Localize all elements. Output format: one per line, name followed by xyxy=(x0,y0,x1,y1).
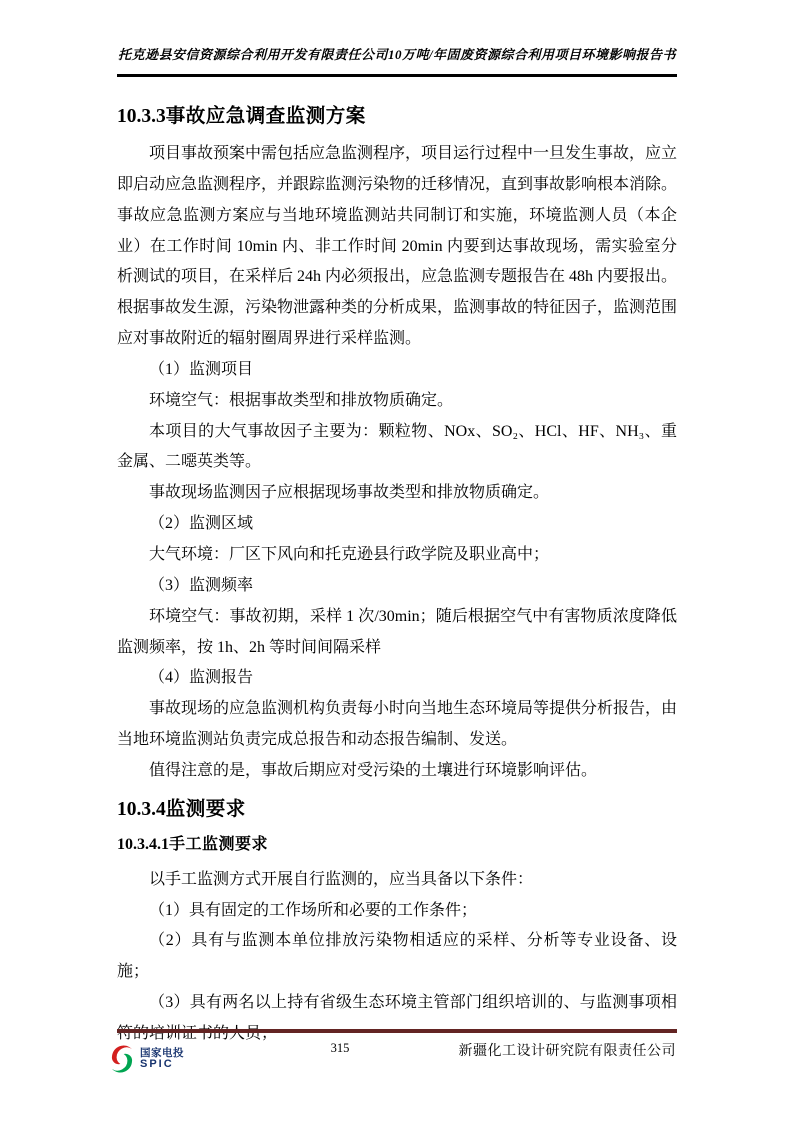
footer-rule xyxy=(117,1029,677,1033)
paragraph: 项目事故预案中需包括应急监测程序，项目运行过程中一旦发生事故，应立即启动应急监测… xyxy=(117,139,677,355)
subsection-number: 10.3.4.1 xyxy=(117,836,169,853)
list-item-2-condition: （2）具有与监测本单位排放污染物相适应的采样、分析等专业设备、设施； xyxy=(117,926,677,988)
footer-company-name: 新疆化工设计研究院有限责任公司 xyxy=(459,1040,677,1060)
section-number: 10.3.3 xyxy=(117,106,166,127)
spic-logo-text: 国家电投 SPIC xyxy=(140,1048,184,1071)
list-item-1-monitoring-items: （1）监测项目 xyxy=(117,355,677,386)
paragraph: 环境空气：根据事故类型和排放物质确定。 xyxy=(117,386,677,417)
logo-text-en: SPIC xyxy=(140,1059,184,1071)
paragraph: 以手工监测方式开展自行监测的，应当具备以下条件： xyxy=(117,865,677,896)
section-heading-10-3-3: 10.3.3事故应急调查监测方案 xyxy=(117,103,677,130)
list-item-2-monitoring-area: （2）监测区域 xyxy=(117,509,677,540)
list-item-3-monitoring-frequency: （3）监测频率 xyxy=(117,571,677,602)
section-heading-10-3-4: 10.3.4监测要求 xyxy=(117,796,677,823)
paragraph: 事故现场的应急监测机构负责每小时向当地生态环境局等提供分析报告，由当地环境监测站… xyxy=(117,694,677,756)
list-item-1-condition: （1）具有固定的工作场所和必要的工作条件； xyxy=(117,896,677,927)
section-title: 监测要求 xyxy=(166,798,246,820)
paragraph: 大气环境：厂区下风向和托克逊县行政学院及职业高中； xyxy=(117,540,677,571)
subsection-heading-10-3-4-1: 10.3.4.1手工监测要求 xyxy=(117,833,677,857)
paragraph: 本项目的大气事故因子主要为：颗粒物、NOx、SO₂、HCl、HF、NH₃、重金属… xyxy=(117,417,677,479)
section-number: 10.3.4 xyxy=(117,799,166,820)
document-page: 托克逊县安信资源综合利用开发有限责任公司10万吨/年固废资源综合利用项目环境影响… xyxy=(0,0,793,1122)
header-title: 托克逊县安信资源综合利用开发有限责任公司10万吨/年固废资源综合利用项目环境影响… xyxy=(117,44,677,63)
page-number: 315 xyxy=(300,1041,380,1056)
paragraph: 事故现场监测因子应根据现场事故类型和排放物质确定。 xyxy=(117,478,677,509)
spic-logo-icon xyxy=(107,1044,137,1074)
document-body: 10.3.3事故应急调查监测方案 项目事故预案中需包括应急监测程序，项目运行过程… xyxy=(117,92,677,1050)
spic-logo: 国家电投 SPIC xyxy=(107,1044,184,1074)
header-rule xyxy=(117,74,677,77)
section-title: 事故应急调查监测方案 xyxy=(166,105,366,127)
paragraph: 环境空气：事故初期，采样 1 次/30min；随后根据空气中有害物质浓度降低监测… xyxy=(117,602,677,664)
list-item-4-monitoring-report: （4）监测报告 xyxy=(117,663,677,694)
paragraph: 值得注意的是，事故后期应对受污染的土壤进行环境影响评估。 xyxy=(117,756,677,787)
subsection-title: 手工监测要求 xyxy=(169,836,268,853)
